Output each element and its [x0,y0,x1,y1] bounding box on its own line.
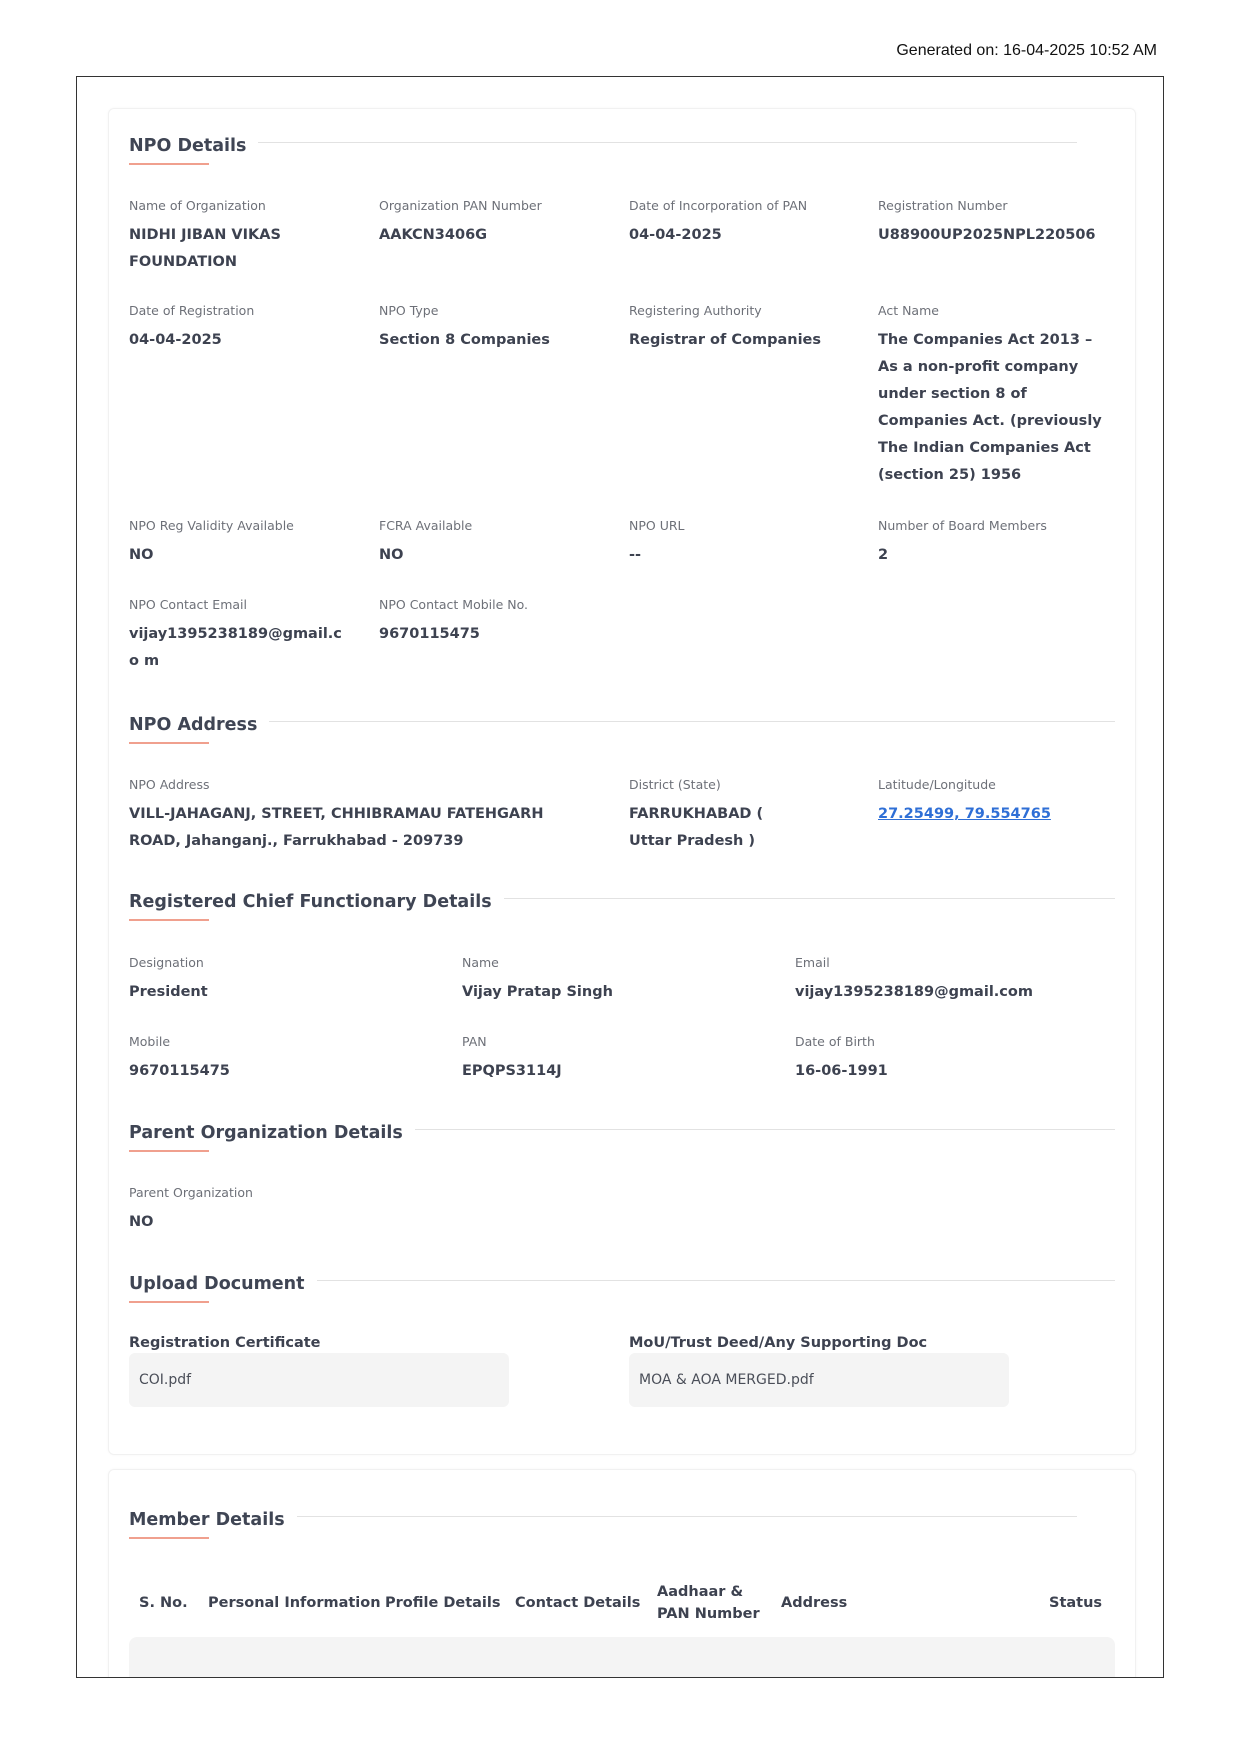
field-value: 2 [878,542,1108,569]
field-label: NPO Address [129,777,599,792]
section-divider [374,1129,1115,1130]
field-value: President [129,979,429,1006]
field-contact-mobile: NPO Contact Mobile No. 9670115475 [379,597,609,648]
field-parent-organization: Parent Organization NO [129,1185,429,1236]
field-npo-address: NPO Address VILL-JAHAGANJ, STREET, CHHIB… [129,777,599,855]
field-value: EPQPS3114J [462,1058,762,1085]
field-value: Section 8 Companies [379,327,609,354]
field-label: Mobile [129,1034,429,1049]
generated-timestamp: Generated on: 16-04-2025 10:52 AM [896,42,1157,60]
field-organization-name: Name of Organization NIDHI JIBAN VIKAS F… [129,198,359,276]
field-label: Organization PAN Number [379,198,609,213]
column-header-personal-info: Personal Information [208,1592,381,1614]
section-title: Parent Organization Details [129,1123,415,1143]
field-fcra-available: FCRA Available NO [379,518,609,569]
field-label: NPO Reg Validity Available [129,518,359,533]
field-pan-incorporation-date: Date of Incorporation of PAN 04-04-2025 [629,198,859,249]
field-value: 9670115475 [379,621,609,648]
lat-long-link[interactable]: 27.25499, 79.554765 [878,801,1108,828]
field-label: Latitude/Longitude [878,777,1108,792]
field-label: Date of Registration [129,303,359,318]
field-value: Registrar of Companies [629,327,859,354]
member-details-section: Member Details [129,1510,1115,1544]
field-cf-email: Email vijay1395238189@gmail.com [795,955,1095,1006]
section-title: NPO Details [129,136,258,156]
field-value: 9670115475 [129,1058,429,1085]
doc-file-supporting-doc[interactable]: MOA & AOA MERGED.pdf [629,1353,1009,1407]
section-divider [239,721,1115,722]
field-label: Email [795,955,1095,970]
field-label: Designation [129,955,429,970]
section-header: NPO Details [129,136,1115,170]
field-value: vijay1395238189@gmail.co m [129,621,349,675]
section-divider [229,142,1077,143]
section-divider [304,1280,1115,1281]
parent-org-section: Parent Organization Details [129,1123,1115,1157]
member-details-card: Member Details S. No. Personal Informati… [108,1469,1136,1678]
field-npo-type: NPO Type Section 8 Companies [379,303,609,354]
upload-document-section: Upload Document [129,1274,1115,1308]
field-value: VILL-JAHAGANJ, STREET, CHHIBRAMAU FATEHG… [129,801,599,855]
field-value: FARRUKHABAD ( Uttar Pradesh ) [629,801,809,855]
field-value: -- [629,542,859,569]
npo-details-section: NPO Details [129,136,1115,170]
field-org-pan: Organization PAN Number AAKCN3406G [379,198,609,249]
field-label: Registration Number [878,198,1108,213]
field-act-name: Act Name The Companies Act 2013 – As a n… [878,303,1113,489]
field-registering-authority: Registering Authority Registrar of Compa… [629,303,859,354]
doc-registration-certificate: Registration Certificate COI.pdf [129,1335,509,1407]
field-label: Number of Board Members [878,518,1108,533]
field-value: 04-04-2025 [629,222,859,249]
field-label: NPO Contact Mobile No. [379,597,609,612]
section-title: Member Details [129,1510,297,1530]
field-value: NIDHI JIBAN VIKAS FOUNDATION [129,222,289,276]
section-header: Upload Document [129,1274,1115,1308]
section-header: Registered Chief Functionary Details [129,892,1115,926]
field-npo-url: NPO URL -- [629,518,859,569]
npo-details-card: NPO Details Name of Organization NIDHI J… [108,108,1136,1455]
field-value: vijay1395238189@gmail.com [795,979,1095,1006]
doc-file-registration-certificate[interactable]: COI.pdf [129,1353,509,1407]
column-header-sno: S. No. [139,1592,188,1614]
field-label: NPO Contact Email [129,597,359,612]
report-frame: NPO Details Name of Organization NIDHI J… [76,76,1164,1678]
field-value: 16-06-1991 [795,1058,1095,1085]
field-label: FCRA Available [379,518,609,533]
field-designation: Designation President [129,955,429,1006]
npo-address-section: NPO Address [129,715,1115,749]
section-title: Upload Document [129,1274,317,1294]
field-value: NO [379,542,609,569]
field-registration-date: Date of Registration 04-04-2025 [129,303,359,354]
field-reg-validity: NPO Reg Validity Available NO [129,518,359,569]
doc-label: Registration Certificate [129,1335,509,1351]
field-label: Parent Organization [129,1185,429,1200]
table-row [129,1637,1115,1678]
field-label: PAN [462,1034,762,1049]
field-label: NPO Type [379,303,609,318]
section-title: Registered Chief Functionary Details [129,892,504,912]
field-value: The Companies Act 2013 – As a non-profit… [878,327,1113,489]
field-registration-number: Registration Number U88900UP2025NPL22050… [878,198,1108,249]
field-label: Date of Birth [795,1034,1095,1049]
field-label: Name [462,955,762,970]
column-header-contact-details: Contact Details [515,1592,640,1614]
field-value: U88900UP2025NPL220506 [878,222,1108,249]
field-label: Name of Organization [129,198,359,213]
doc-label: MoU/Trust Deed/Any Supporting Doc [629,1335,1009,1351]
field-label: Registering Authority [629,303,859,318]
section-header: NPO Address [129,715,1115,749]
section-divider [279,1516,1077,1517]
field-cf-name: Name Vijay Pratap Singh [462,955,762,1006]
field-value: 04-04-2025 [129,327,359,354]
field-contact-email: NPO Contact Email vijay1395238189@gmail.… [129,597,359,675]
column-header-aadhaar-pan: Aadhaar & PAN Number [657,1581,767,1625]
field-label: District (State) [629,777,829,792]
field-value: Vijay Pratap Singh [462,979,762,1006]
field-value: NO [129,1209,429,1236]
section-divider [429,898,1115,899]
column-header-address: Address [781,1592,847,1614]
chief-functionary-section: Registered Chief Functionary Details [129,892,1115,926]
field-label: Date of Incorporation of PAN [629,198,859,213]
field-value: AAKCN3406G [379,222,609,249]
column-header-status: Status [1049,1592,1102,1614]
field-district-state: District (State) FARRUKHABAD ( Uttar Pra… [629,777,829,855]
field-cf-pan: PAN EPQPS3114J [462,1034,762,1085]
column-header-profile-details: Profile Details [385,1592,501,1614]
section-header: Member Details [129,1510,1115,1544]
field-cf-mobile: Mobile 9670115475 [129,1034,429,1085]
field-board-members: Number of Board Members 2 [878,518,1108,569]
section-header: Parent Organization Details [129,1123,1115,1157]
field-value: NO [129,542,359,569]
doc-supporting-doc: MoU/Trust Deed/Any Supporting Doc MOA & … [629,1335,1009,1407]
field-label: NPO URL [629,518,859,533]
field-label: Act Name [878,303,1113,318]
field-cf-dob: Date of Birth 16-06-1991 [795,1034,1095,1085]
field-lat-long: Latitude/Longitude 27.25499, 79.554765 [878,777,1108,828]
section-title: NPO Address [129,715,269,735]
